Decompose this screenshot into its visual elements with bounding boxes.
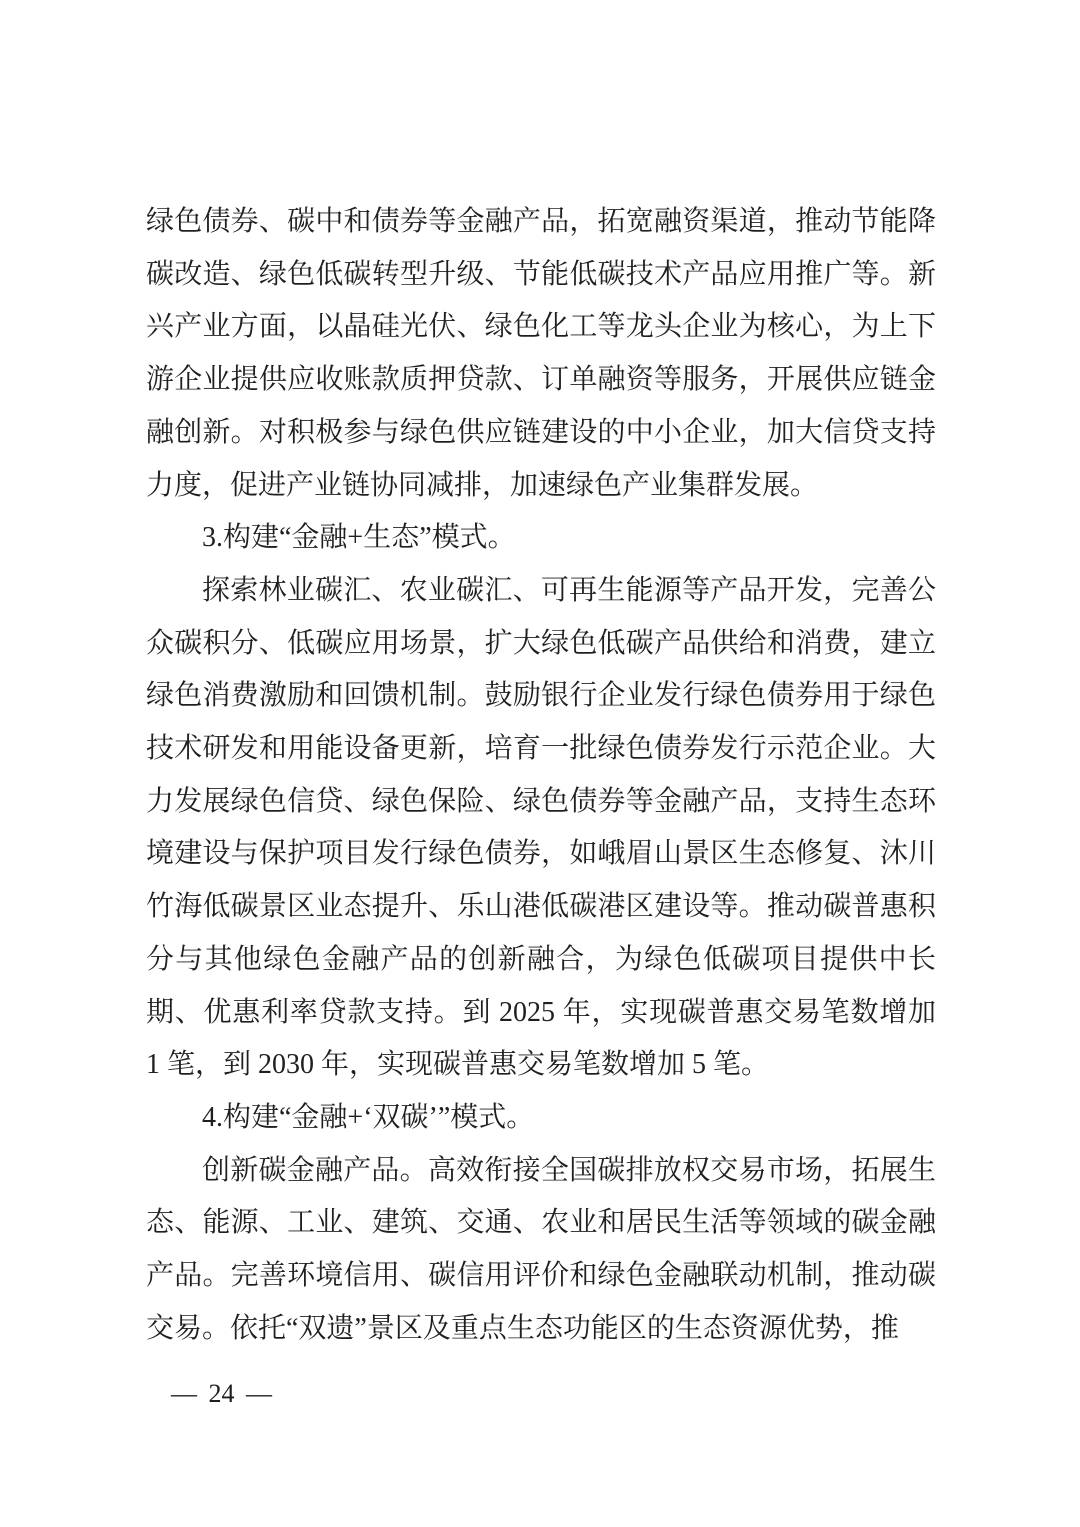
section-heading-3: 3.构建“金融+生态”模式。	[146, 512, 936, 565]
paragraph-continuation: 绿色债券、碳中和债券等金融产品，拓宽融资渠道，推动节能降碳改造、绿色低碳转型升级…	[146, 196, 936, 512]
paragraph-carbon-finance: 创新碳金融产品。高效衔接全国碳排放权交易市场，拓展生态、能源、工业、建筑、交通、…	[146, 1145, 936, 1356]
document-page: 绿色债券、碳中和债券等金融产品，拓宽融资渠道，推动节能降碳改造、绿色低碳转型升级…	[0, 0, 1080, 1527]
section-heading-4: 4.构建“金融+‘双碳’”模式。	[146, 1092, 936, 1145]
document-body: 绿色债券、碳中和债券等金融产品，拓宽融资渠道，推动节能降碳改造、绿色低碳转型升级…	[146, 196, 936, 1355]
paragraph-finance-ecology: 探索林业碳汇、农业碳汇、可再生能源等产品开发，完善公众碳积分、低碳应用场景，扩大…	[146, 565, 936, 1092]
page-number: — 24 —	[171, 1377, 272, 1411]
